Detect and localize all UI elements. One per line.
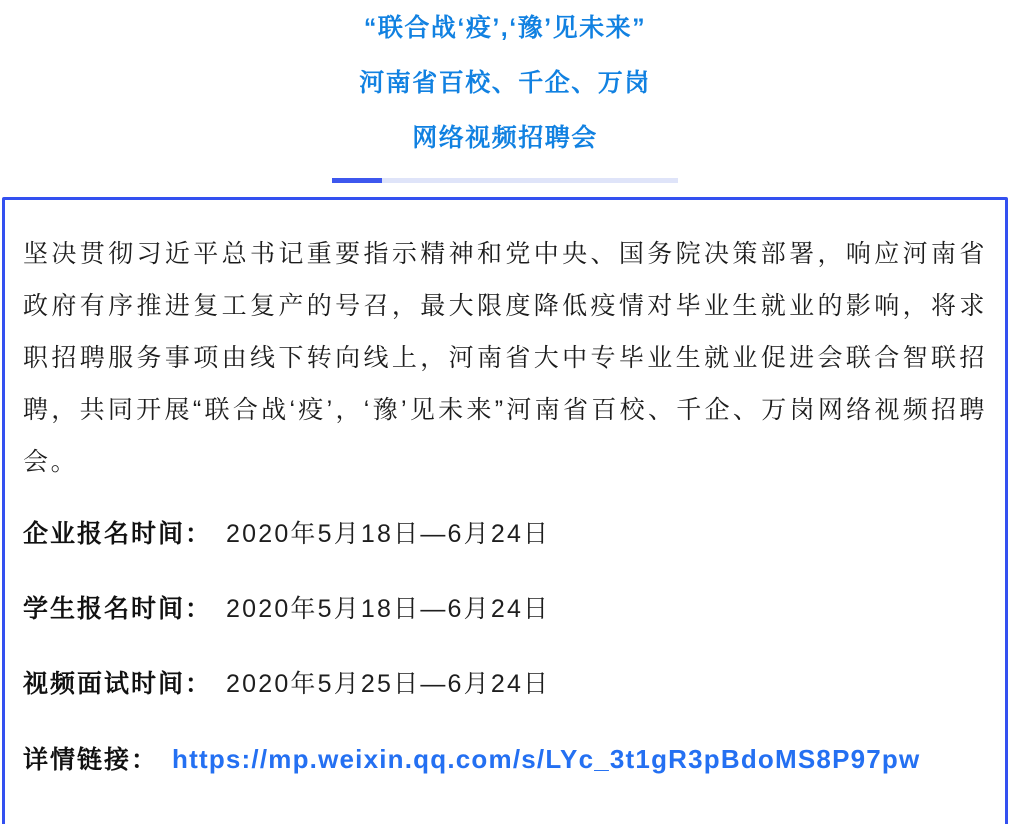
- enterprise-signup-time-label: 企业报名时间：: [23, 520, 212, 548]
- divider-accent-segment: [332, 178, 382, 183]
- detail-link-row: 详情链接：https://mp.weixin.qq.com/s/LYc_3t1g…: [23, 744, 987, 775]
- title-line-1: “联合战‘疫’,‘豫’见未来”: [0, 13, 1010, 43]
- detail-link[interactable]: https://mp.weixin.qq.com/s/LYc_3t1gR3pBd…: [172, 744, 920, 774]
- detail-link-label: 详情链接：: [23, 746, 158, 774]
- announcement-page: “联合战‘疫’,‘豫’见未来” 河南省百校、千企、万岗 网络视频招聘会 坚决贯彻…: [0, 0, 1010, 824]
- page-title: “联合战‘疫’,‘豫’见未来” 河南省百校、千企、万岗 网络视频招聘会: [0, 0, 1010, 153]
- student-signup-time-row: 学生报名时间：2020年5月18日—6月24日: [23, 594, 987, 624]
- video-interview-time-label: 视频面试时间：: [23, 670, 212, 698]
- announcement-content-box: 坚决贯彻习近平总书记重要指示精神和党中央、国务院决策部署，响应河南省政府有序推进…: [2, 197, 1008, 824]
- enterprise-signup-time-value: 2020年5月18日—6月24日: [226, 520, 550, 548]
- student-signup-time-label: 学生报名时间：: [23, 595, 212, 623]
- enterprise-signup-time-row: 企业报名时间：2020年5月18日—6月24日: [23, 519, 987, 549]
- title-divider: [332, 178, 678, 183]
- video-interview-time-row: 视频面试时间：2020年5月25日—6月24日: [23, 669, 987, 699]
- video-interview-time-value: 2020年5月25日—6月24日: [226, 670, 550, 698]
- intro-paragraph: 坚决贯彻习近平总书记重要指示精神和党中央、国务院决策部署，响应河南省政府有序推进…: [23, 228, 987, 488]
- student-signup-time-value: 2020年5月18日—6月24日: [226, 595, 550, 623]
- title-line-3: 网络视频招聘会: [0, 123, 1010, 153]
- divider-track-segment: [382, 178, 678, 183]
- title-line-2: 河南省百校、千企、万岗: [0, 68, 1010, 98]
